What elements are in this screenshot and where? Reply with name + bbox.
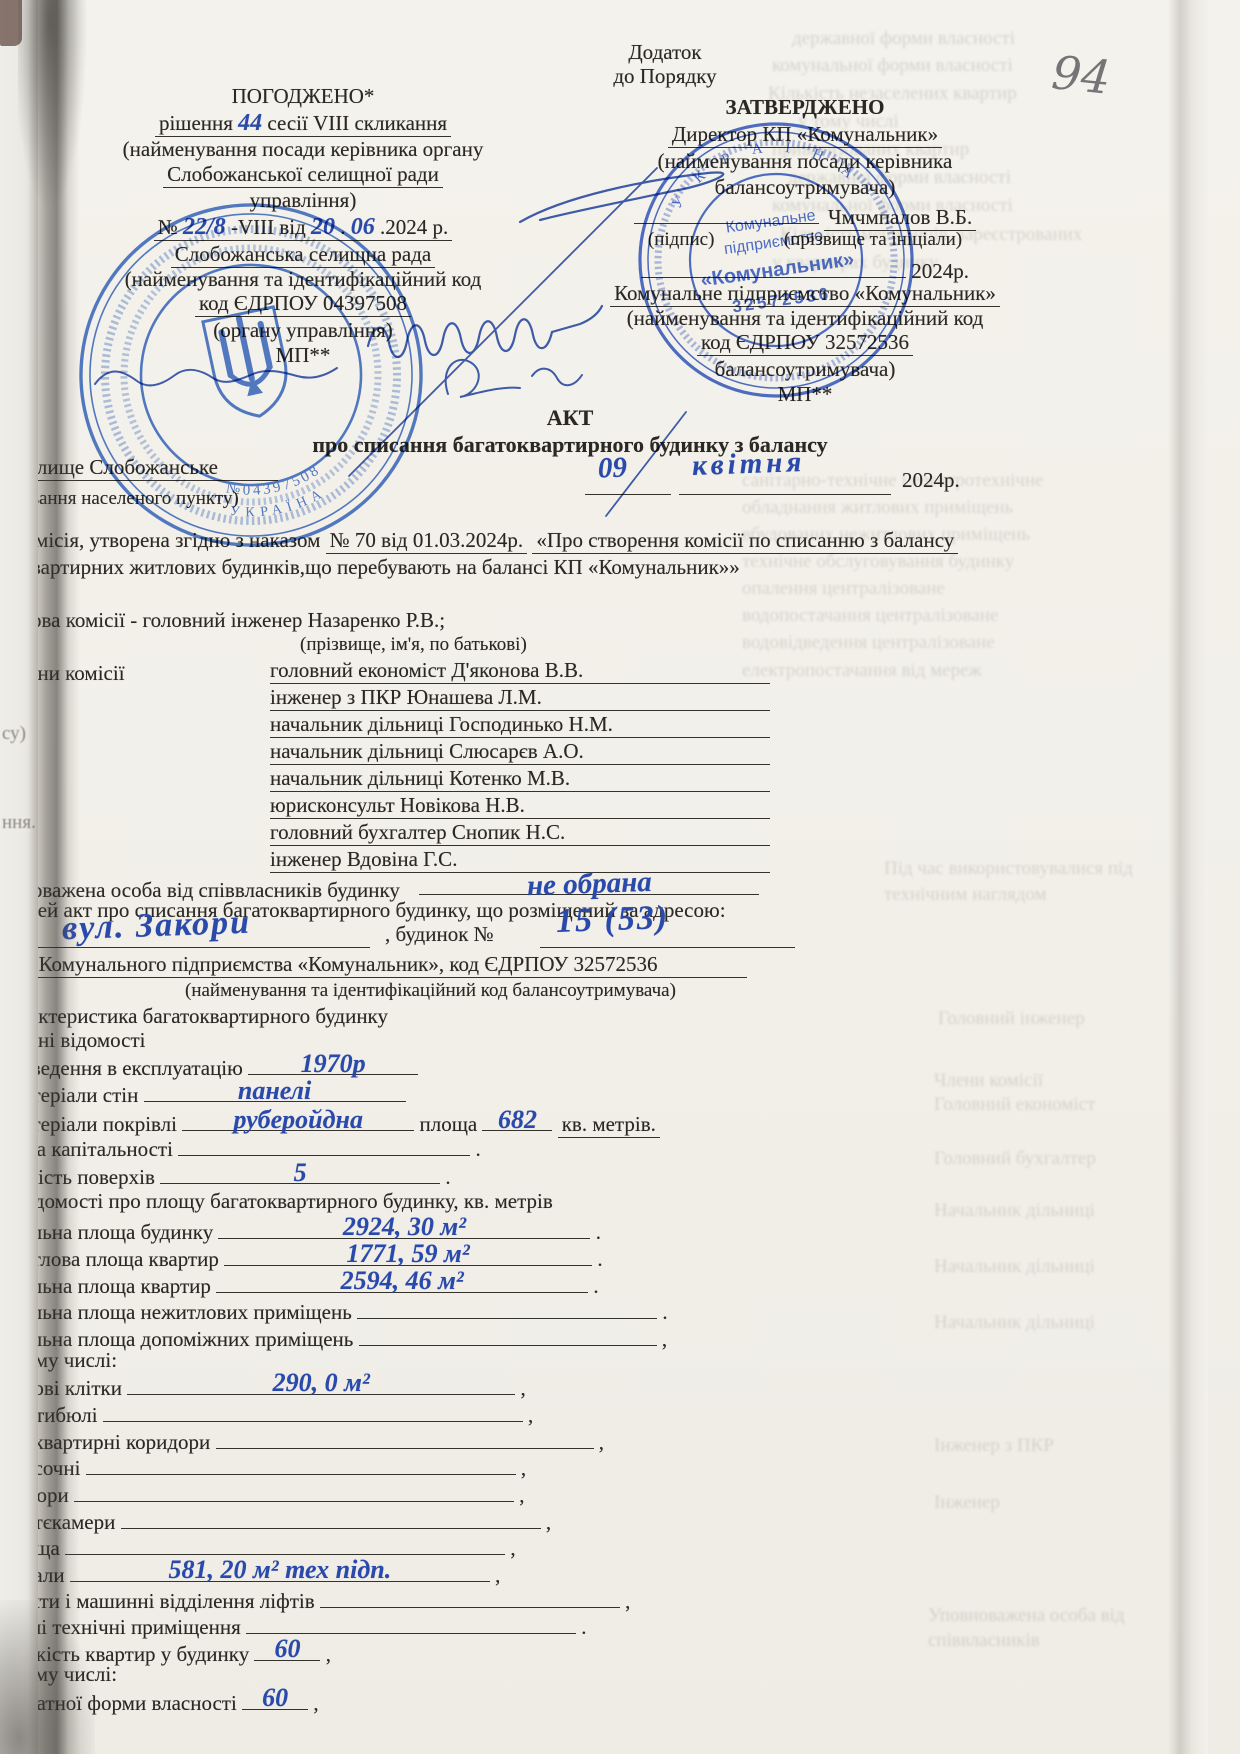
- living-handwritten: 1771, 59 м²: [347, 1239, 470, 1269]
- council-round-stamp: №04397508 УКРАЇНА: [68, 192, 434, 558]
- area-row-shakhty: шахти і машинні відділення ліфтів ,: [38, 1586, 630, 1613]
- area-row-kolyas: колясочні ,: [38, 1453, 526, 1480]
- area-row-living: житлова площа квартир 1771, 59 м² .: [38, 1243, 603, 1271]
- area-row-aux: загальна площа допоміжних приміщень ,: [38, 1324, 667, 1351]
- area-row-total: загальна площа будинку 2924, 30 м² .: [38, 1216, 601, 1244]
- decision-prefix: рішення: [159, 111, 233, 135]
- private-handwritten: 60: [262, 1683, 288, 1713]
- area-row-stairs: сходові клітки 290, 0 м² ,: [38, 1372, 526, 1400]
- roof-area-label: площа: [419, 1112, 477, 1136]
- page-number-handwritten: 94: [1049, 45, 1113, 105]
- trident-emblem: [203, 307, 295, 424]
- living-fill: 1771, 59 м²: [224, 1243, 592, 1266]
- area-row-pidvaly: підвали 581, 20 м² тех підп. ,: [38, 1559, 500, 1587]
- walls-row: Матеріали стін панелі: [38, 1079, 406, 1107]
- svg-text:У К Р А Ї Н А: У К Р А Ї Н А: [662, 127, 864, 213]
- stamp-right-line3: «Комунальник»: [699, 248, 855, 291]
- pidvaly-fill: 581, 20 м² тех підп.: [70, 1559, 490, 1582]
- house-label: , будинок №: [385, 922, 494, 946]
- pidvaly-handwritten: 581, 20 м² тех підп.: [169, 1555, 392, 1585]
- street-handwritten: вул. Закори: [61, 903, 251, 949]
- act-date-month-handwritten: квітня: [691, 446, 805, 483]
- area-row-smitte: сміттєкамери ,: [38, 1507, 551, 1534]
- roof-area-fill: 682: [482, 1108, 552, 1131]
- flats-fill: 60: [254, 1638, 320, 1661]
- approved-org-name: Слобожанської селищної ради: [88, 162, 518, 186]
- incl-label: у тому числі:: [38, 1348, 117, 1372]
- stairs-handwritten: 290, 0 м²: [273, 1368, 370, 1398]
- capital-blank: [178, 1134, 470, 1156]
- commission-member: інженер Вдовіна Г.С.: [270, 847, 770, 873]
- roof-fill: руберойдна: [182, 1108, 414, 1131]
- created-c: «Про створення комісії по списанню з бал…: [532, 528, 958, 554]
- year-fill: 1970р: [248, 1052, 418, 1075]
- commission-head-note: (прізвище, ім'я, по батькові): [300, 634, 527, 656]
- commission-member: головний бухгалтер Снопик Н.С.: [270, 820, 770, 846]
- act-date-year: 2024р.: [902, 468, 960, 492]
- commission-created-line2: багатоквартирних житлових будинків,що пе…: [38, 555, 740, 579]
- roof-handwritten: руберойдна: [233, 1105, 363, 1135]
- total-fill: 2924, 30 м²: [218, 1216, 590, 1239]
- stamp-right-code: 32572536: [731, 284, 832, 317]
- corner-note: Додаток до Порядку: [575, 40, 755, 88]
- private-row: приватної форми власності 60 ,: [38, 1687, 319, 1715]
- house-underline: [540, 947, 795, 948]
- roof-row: Матеріали покрівлі руберойдна площа 682 …: [38, 1108, 660, 1136]
- capital-row: Група капітальності .: [38, 1134, 481, 1161]
- decision-suffix: сесії VIII скликання: [267, 111, 447, 135]
- commission-member: головний економіст Д'яконова В.В.: [270, 658, 770, 684]
- corner-mark: [0, 0, 22, 46]
- commission-members-label: Члени комісії: [38, 661, 125, 685]
- scanned-act-page: державної форми власностікомунальної фор…: [0, 0, 1240, 1754]
- year-handwritten: 1970р: [301, 1049, 366, 1079]
- total-handwritten: 2924, 30 м²: [343, 1212, 466, 1242]
- commission-member: начальник дільниці Котенко М.В.: [270, 766, 770, 792]
- floors-handwritten: 5: [294, 1158, 307, 1188]
- area-row-nonres: загальна площа нежитлових приміщень .: [38, 1297, 668, 1324]
- area-row-inshi: інші технічні приміщення .: [38, 1612, 586, 1639]
- incl2-label: у тому числі:: [38, 1662, 117, 1686]
- area-row-komory: комори ,: [38, 1480, 525, 1507]
- general-heading: Загальні відомості: [38, 1028, 146, 1052]
- date-underline-1: [585, 494, 671, 495]
- floors-fill: 5: [160, 1161, 440, 1184]
- approved-org-note1: (найменування посади керівника органу: [88, 137, 518, 161]
- apts-fill: 2594, 46 м²: [216, 1270, 588, 1293]
- walls-fill: панелі: [144, 1079, 406, 1102]
- commission-member: інженер з ПКР Юнашева Л.М.: [270, 685, 770, 711]
- house-number-handwritten: 15 (53): [555, 898, 669, 941]
- area-row-apts: загальна площа квартир 2594, 46 м² .: [38, 1270, 599, 1298]
- roof-units: кв. метрів.: [558, 1112, 660, 1138]
- act-date-day-handwritten: 09: [597, 452, 627, 486]
- balance-line: з балансу Комунального підприємства «Ком…: [38, 952, 747, 976]
- approved-title: ПОГОДЖЕНО*: [88, 84, 518, 108]
- floors-row: Кількість поверхів 5 .: [38, 1161, 451, 1189]
- area-row-corr: позаквартирні коридори ,: [38, 1427, 604, 1454]
- commission-head-line: Голова комісії - головний інженер Назаре…: [38, 608, 445, 632]
- commission-member: юрисконсульт Новікова Н.В.: [270, 793, 770, 819]
- authorized-fill: не обрана: [419, 872, 759, 895]
- commission-member: начальник дільниці Господинько Н.М.: [270, 712, 770, 738]
- balance-note: (найменування та ідентифікаційний код ба…: [185, 980, 676, 1002]
- private-fill: 60: [242, 1687, 308, 1710]
- decision-session-handwritten: 44: [238, 110, 262, 138]
- area-row-vest: вестибюлі ,: [38, 1400, 533, 1427]
- apts-handwritten: 2594, 46 м²: [341, 1266, 464, 1296]
- stamp-right-country: У К Р А Ї Н А: [662, 127, 864, 213]
- area-heading: Відомості про площу багатоквартирного бу…: [38, 1189, 553, 1213]
- walls-handwritten: панелі: [238, 1076, 311, 1106]
- corner-note-line2: до Порядку: [575, 64, 755, 88]
- date-underline-2: [679, 494, 891, 495]
- roof-area-handwritten: 682: [498, 1105, 537, 1135]
- characteristics-heading: Характеристика багатоквартирного будинку: [38, 1004, 388, 1028]
- adjacent-page-strip: [0, 0, 38, 1754]
- stairs-fill: 290, 0 м²: [127, 1372, 515, 1395]
- commission-member: начальник дільниці Слюсарєв А.О.: [270, 739, 770, 765]
- corner-note-line1: Додаток: [575, 40, 755, 64]
- year-row: Рік введення в експлуатацію 1970р: [38, 1052, 418, 1080]
- street-underline: [38, 947, 370, 948]
- approved-decision: рішення 44 сесії VIII скликання: [88, 110, 518, 138]
- company-round-stamp: У К Р А Ї Н А Комунальне підприємство «К…: [628, 112, 924, 408]
- flats-handwritten: 60: [274, 1634, 300, 1664]
